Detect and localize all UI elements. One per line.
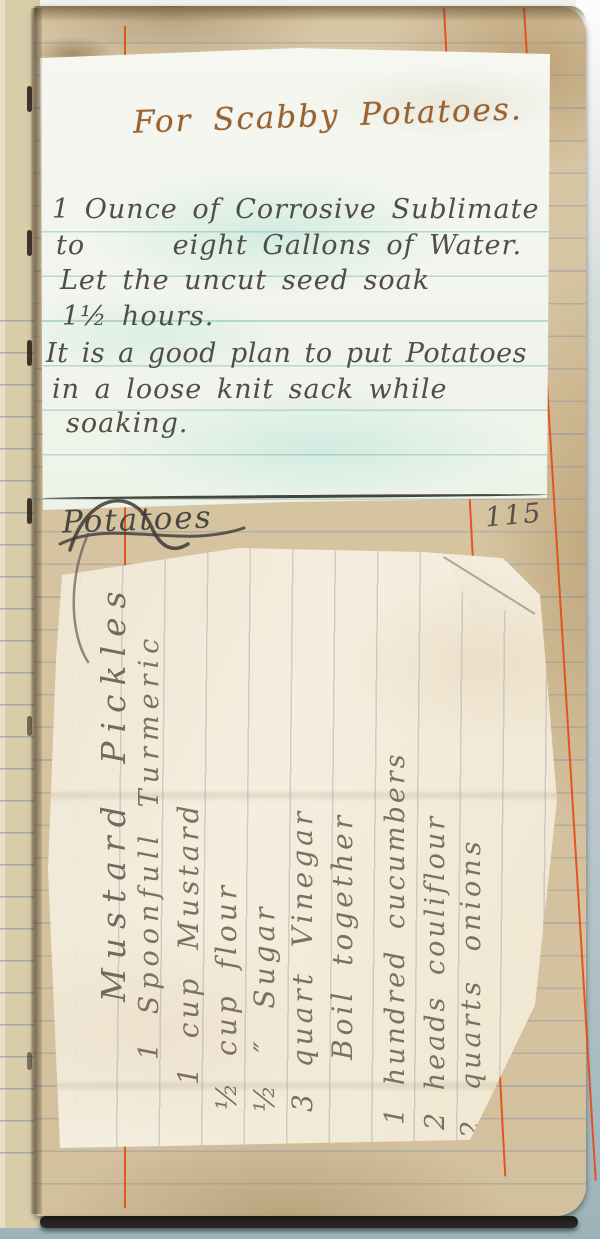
note-line: Let the uncut seed soak [60,265,430,296]
slip-line: 2 quarts onions [456,837,487,1138]
note-line: It is a good plan to put Potatoes [46,338,527,369]
binding-stitch [27,230,32,256]
mustard-pickles-slip: Mustard Pickles 1 Spoonfull Turmeric 1 c… [48,540,560,1152]
slip-recipe-title: Mustard Pickles [94,582,133,1002]
note-line: 1½ hours. [62,301,214,332]
scabby-potatoes-note: For Scabby Potatoes. 1 Ounce of Corrosiv… [38,46,552,512]
binding-stitch [27,86,32,112]
binding-stitch [27,340,32,366]
note-line: in a loose knit sack while [52,374,447,405]
page-top-grime [34,6,586,22]
page-bottom-shadow [40,1216,578,1228]
slip-line: 1 cup Mustard [172,801,205,1085]
slip-line: 1 Spoonfull Turmeric [134,633,165,1060]
binding-gutter [30,8,42,1214]
note-line: to eight Gallons of Water. [56,230,522,261]
slip-line: Boil together [326,812,359,1060]
slip-line: 3 quart Vinegar [286,808,319,1112]
notebook-page: Potatoes 115 For Scabby Potatoes. 1 Ounc… [34,6,586,1216]
slip-line: ½ ″ Sugar [248,903,281,1112]
slip-line: ½ cup flour [210,882,243,1110]
page-number: 115 [484,498,544,534]
binding-stitch [27,1052,32,1070]
note-line: soaking. [66,408,188,439]
note-title: For Scabby Potatoes. [132,91,523,141]
binding-stitch [27,498,32,524]
binding-stitch [27,716,32,736]
slip-line: 1 hundred cucumbers [380,751,411,1125]
notebook-scan: Potatoes 115 For Scabby Potatoes. 1 Ounc… [0,0,600,1239]
note-line: 1 Ounce of Corrosive Sublimate [52,194,539,225]
slip-line: 2 heads couliflour [420,814,451,1130]
